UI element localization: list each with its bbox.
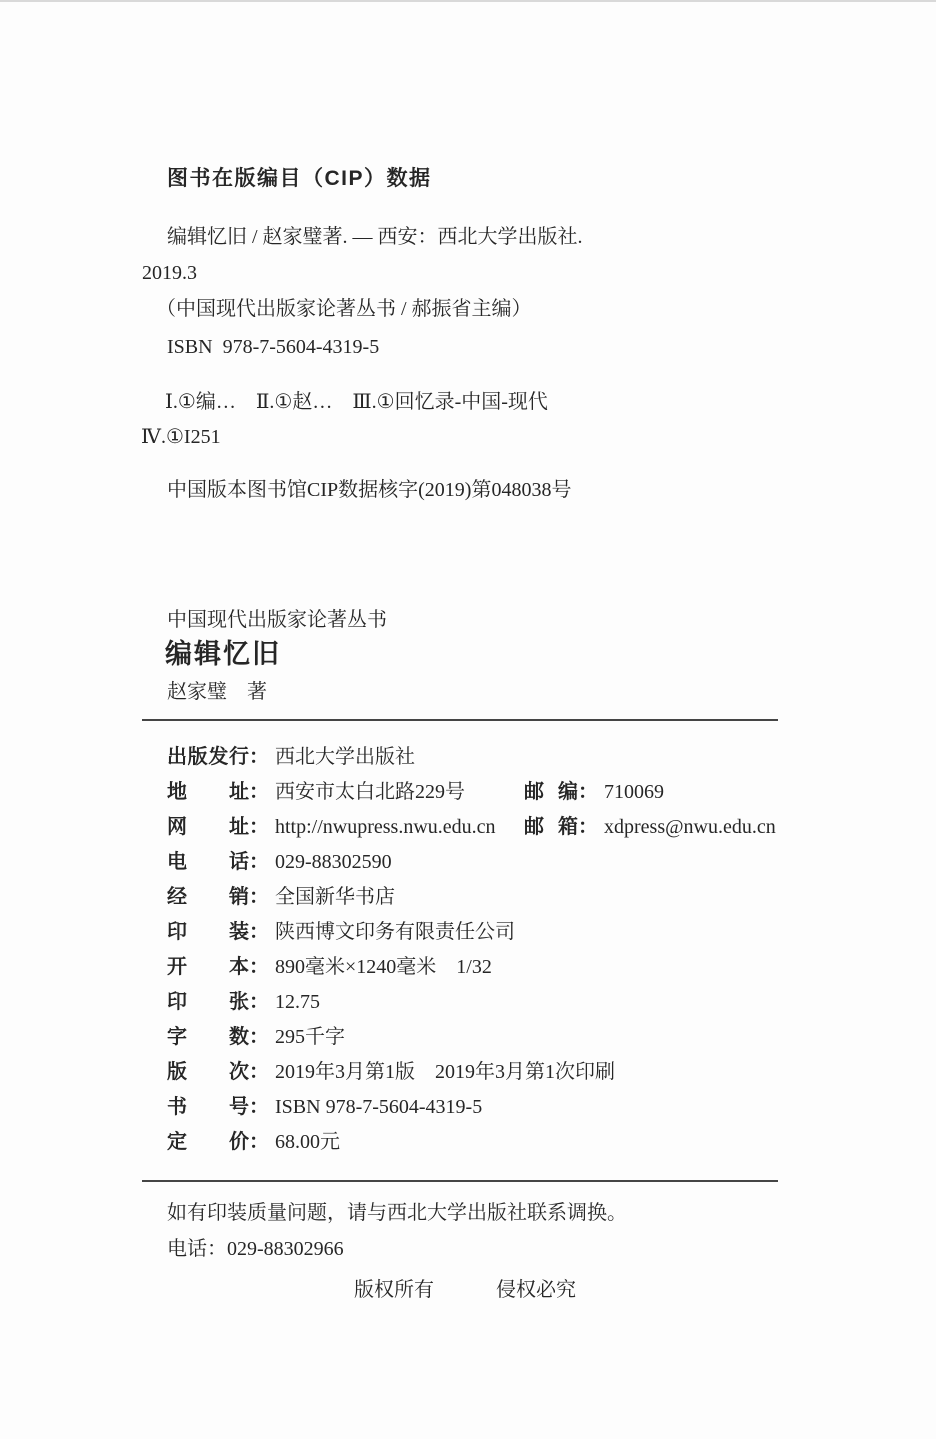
colophon-right-email: 邮箱：xdpress@nwu.edu.cn (524, 810, 776, 845)
row-value: 710069 (604, 781, 664, 803)
divider-bottom (142, 1180, 778, 1182)
row-colon: ： (249, 956, 269, 978)
colophon-row-format: 开本：890毫米×1240毫米 1/32 (167, 950, 807, 985)
colophon-row-publisher: 出版发行：西北大学出版社 (167, 740, 807, 775)
cip-entry-line-2: 2019.3 (142, 261, 197, 285)
row-label: 版次 (167, 1055, 249, 1090)
copyright-statement: 版权所有侵权必究 (354, 1273, 576, 1302)
row-colon: ： (249, 1061, 269, 1083)
row-value: xdpress@nwu.edu.cn (604, 816, 776, 838)
cip-entry-line-1: 编辑忆旧 / 赵家璧著. — 西安：西北大学出版社. (167, 225, 583, 249)
row-value: 全国新华书店 (275, 886, 395, 908)
colophon-row-website: 网址：http://nwupress.nwu.edu.cn邮箱：xdpress@… (167, 810, 807, 845)
colophon-row-edition: 版次：2019年3月第1版 2019年3月第1次印刷 (167, 1055, 807, 1090)
row-colon: ： (249, 921, 269, 943)
author-line: 赵家璧 著 (167, 675, 267, 704)
cip-classification-line-1: Ⅰ.①编… Ⅱ.①赵… Ⅲ.①回忆录-中国-现代 (165, 390, 548, 414)
colophon-row-isbn: 书号：ISBN 978-7-5604-4319-5 (167, 1090, 807, 1125)
row-label: 印装 (167, 915, 249, 950)
row-value: 陕西博文印务有限责任公司 (275, 921, 515, 943)
row-label: 邮箱 (524, 810, 578, 845)
book-title: 编辑忆旧 (165, 632, 281, 671)
cip-series-note: （中国现代出版家论著丛书 / 郝振省主编） (156, 297, 532, 321)
cip-classification-line-2: Ⅳ.①I251 (141, 425, 221, 449)
colophon-row-wordcount: 字数：295千字 (167, 1020, 807, 1055)
colophon-table: 出版发行：西北大学出版社 地址：西安市太白北路229号邮编：710069 网址：… (167, 740, 807, 1160)
row-label: 经销 (167, 880, 249, 915)
row-colon: ： (249, 781, 269, 803)
row-label: 书号 (167, 1090, 249, 1125)
cip-isbn: ISBN 978-7-5604-4319-5 (167, 335, 379, 359)
colophon-row-printing: 印装：陕西博文印务有限责任公司 (167, 915, 807, 950)
row-label: 网址 (167, 810, 249, 845)
row-value: http://nwupress.nwu.edu.cn (275, 816, 496, 838)
row-colon: ： (249, 851, 269, 873)
row-colon: ： (249, 991, 269, 1013)
cip-heading: 图书在版编目（CIP）数据 (167, 162, 432, 192)
row-value: 2019年3月第1版 2019年3月第1次印刷 (275, 1061, 615, 1083)
colophon-row-distribution: 经销：全国新华书店 (167, 880, 807, 915)
row-label: 字数 (167, 1020, 249, 1055)
row-value: 12.75 (275, 991, 320, 1013)
row-value: 029-88302590 (275, 851, 392, 873)
row-value: 西安市太白北路229号 (275, 781, 465, 803)
row-label: 开本 (167, 950, 249, 985)
row-value: 西北大学出版社 (275, 746, 415, 768)
row-colon: ： (249, 1096, 269, 1118)
row-value: 295千字 (275, 1026, 345, 1048)
colophon-row-phone: 电话：029-88302590 (167, 845, 807, 880)
row-value: 890毫米×1240毫米 1/32 (275, 956, 492, 978)
row-label: 印张 (167, 985, 249, 1020)
row-value: ISBN 978-7-5604-4319-5 (275, 1096, 482, 1118)
row-label: 电话 (167, 845, 249, 880)
page-top-edge (0, 0, 936, 2)
series-title: 中国现代出版家论著丛书 (167, 603, 387, 632)
row-colon: ： (249, 886, 269, 908)
service-phone: 电话：029-88302966 (167, 1237, 344, 1261)
row-label: 出版发行 (167, 740, 249, 775)
row-colon: ： (249, 1026, 269, 1048)
row-label: 邮编 (524, 775, 578, 810)
colophon-row-sheets: 印张：12.75 (167, 985, 807, 1020)
row-label: 地址 (167, 775, 249, 810)
quality-notice: 如有印装质量问题，请与西北大学出版社联系调换。 (167, 1201, 627, 1225)
colophon-right-postcode: 邮编：710069 (524, 775, 664, 810)
copyright-right: 侵权必究 (496, 1279, 576, 1301)
row-colon: ： (249, 746, 269, 768)
colophon-row-address: 地址：西安市太白北路229号邮编：710069 (167, 775, 807, 810)
cip-record-number: 中国版本图书馆CIP数据核字(2019)第048038号 (167, 478, 571, 502)
row-colon: ： (249, 1131, 269, 1153)
copyright-left: 版权所有 (354, 1279, 434, 1301)
row-value: 68.00元 (275, 1131, 340, 1153)
book-copyright-page: 图书在版编目（CIP）数据 编辑忆旧 / 赵家璧著. — 西安：西北大学出版社.… (0, 0, 936, 1439)
row-colon: ： (578, 781, 598, 803)
divider-top (142, 719, 778, 721)
row-label: 定价 (167, 1125, 249, 1160)
colophon-row-price: 定价：68.00元 (167, 1125, 807, 1160)
row-colon: ： (578, 816, 598, 838)
row-colon: ： (249, 816, 269, 838)
